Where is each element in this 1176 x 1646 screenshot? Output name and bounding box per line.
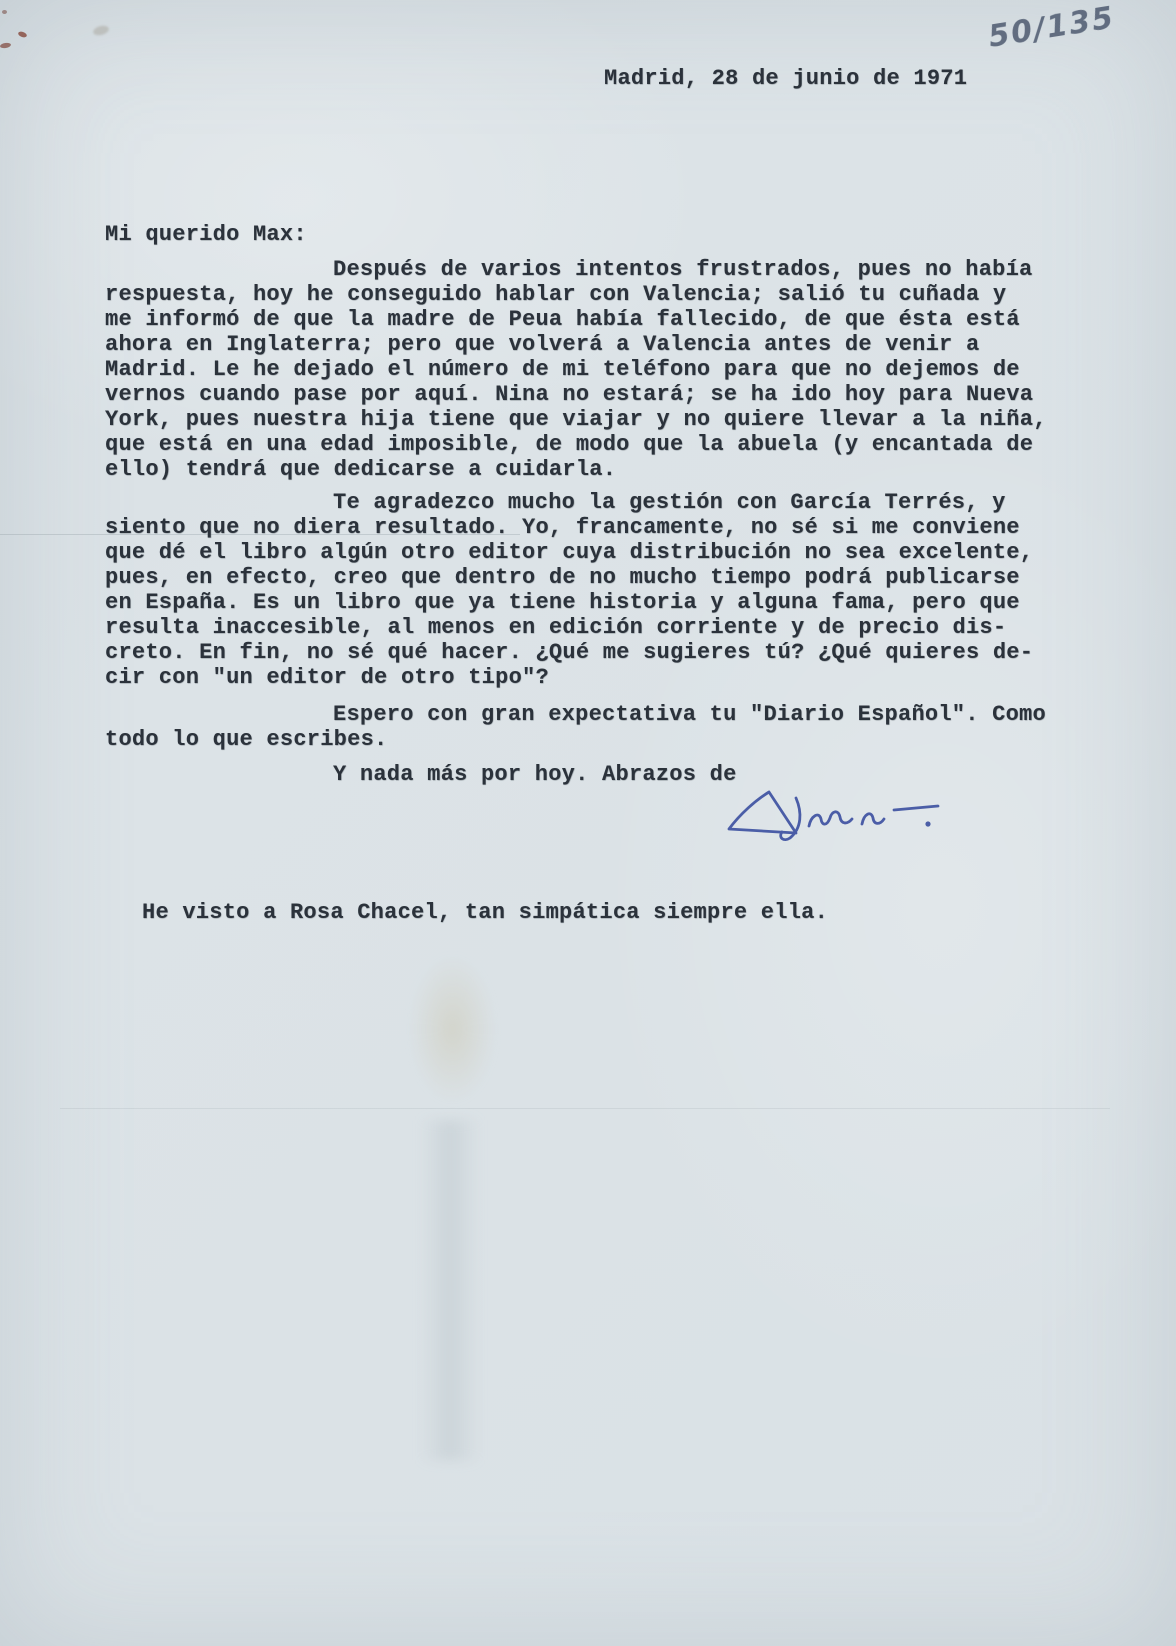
body-line: York, pues nuestra hija tiene que viajar… [105, 407, 1065, 432]
archive-number-annotation: 50/135 [986, 0, 1117, 54]
body-line: todo lo que escribes. [105, 727, 1065, 752]
paper-stain [395, 930, 510, 1150]
body-line: resulta inaccesible, al menos en edición… [105, 615, 1065, 640]
body-line: ahora en Inglaterra; pero que volverá a … [105, 332, 1065, 357]
paper-speck [17, 31, 27, 39]
paper-speck [2, 10, 7, 14]
paragraph-1: Después de varios intentos frustrados, p… [105, 257, 1065, 482]
body-line: Te agradezco mucho la gestión con García… [105, 490, 1065, 515]
body-line: Y nada más por hoy. Abrazos de [105, 762, 1065, 787]
paper-speck [0, 42, 11, 49]
body-line: siento que no diera resultado. Yo, franc… [105, 515, 1065, 540]
body-line: pues, en efecto, creo que dentro de no m… [105, 565, 1065, 590]
body-line: Espero con gran expectativa tu "Diario E… [105, 702, 1065, 727]
body-line: que está en una edad imposible, de modo … [105, 432, 1065, 457]
paper-streak [420, 1120, 480, 1460]
body-line: creto. En fin, no sé qué hacer. ¿Qué me … [105, 640, 1065, 665]
paper-speck [92, 24, 110, 37]
body-line: Después de varios intentos frustrados, p… [105, 257, 1065, 282]
body-line: en España. Es un libro que ya tiene hist… [105, 590, 1065, 615]
dateline: Madrid, 28 de junio de 1971 [604, 66, 967, 91]
body-line: me informó de que la madre de Peua había… [105, 307, 1065, 332]
body-line: cir con "un editor de otro tipo"? [105, 665, 1065, 690]
paragraph-2: Te agradezco mucho la gestión con García… [105, 490, 1065, 690]
body-line: vernos cuando pase por aquí. Nina no est… [105, 382, 1065, 407]
postscript: He visto a Rosa Chacel, tan simpática si… [142, 900, 828, 925]
salutation: Mi querido Max: [105, 222, 1065, 247]
letter-body: Mi querido Max: Después de varios intent… [105, 222, 1065, 787]
handwritten-signature [712, 786, 944, 844]
paper-crease [60, 1108, 1110, 1109]
body-line: ello) tendrá que dedicarse a cuidarla. [105, 457, 1065, 482]
body-line: que dé el libro algún otro editor cuya d… [105, 540, 1065, 565]
closing-line: Y nada más por hoy. Abrazos de [105, 762, 1065, 787]
body-line: Madrid. Le he dejado el número de mi tel… [105, 357, 1065, 382]
letter-page: 50/135 Madrid, 28 de junio de 1971 Mi qu… [0, 0, 1176, 1646]
signature-flourish-icon [712, 786, 944, 844]
paragraph-3: Espero con gran expectativa tu "Diario E… [105, 702, 1065, 752]
body-line: respuesta, hoy he conseguido hablar con … [105, 282, 1065, 307]
